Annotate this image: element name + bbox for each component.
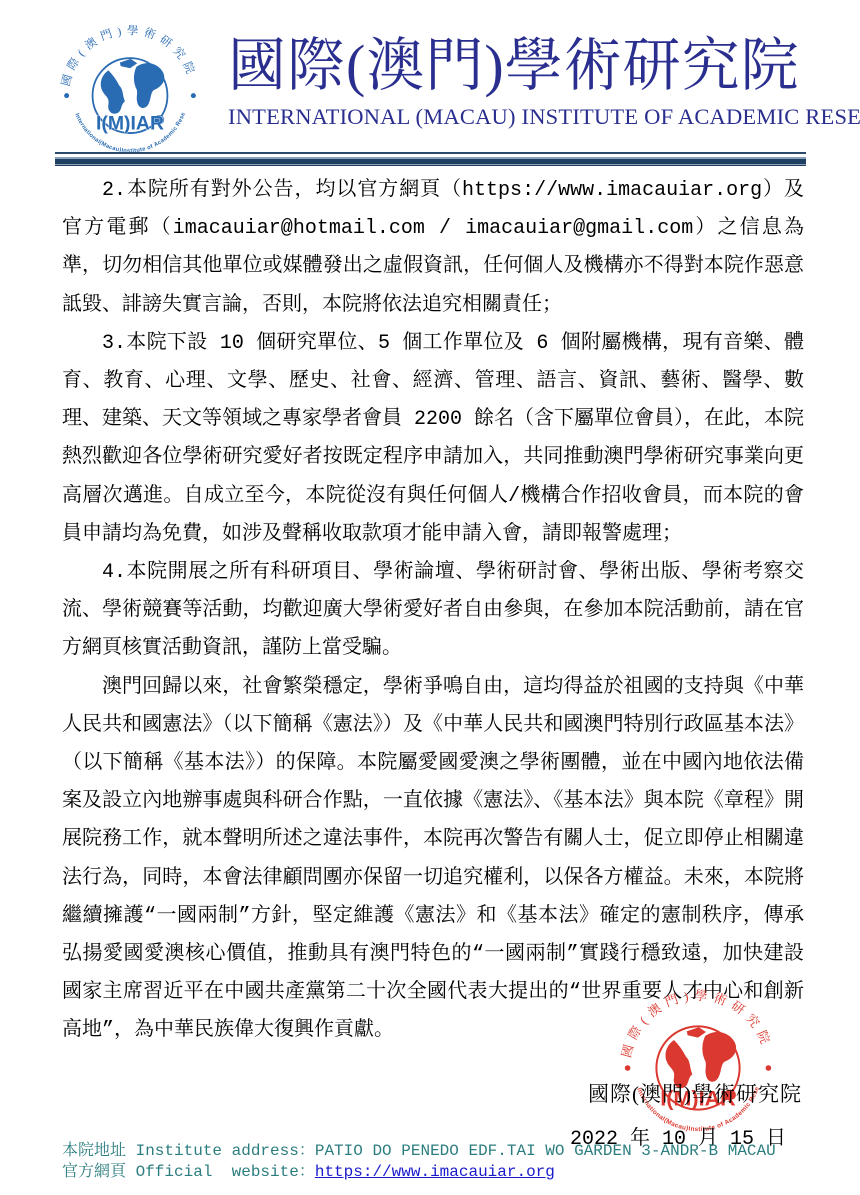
institute-title-en: INTERNATIONAL (MACAU) INSTITUTE OF ACADE… [228, 104, 808, 130]
institute-logo-icon: 國際(澳門)學術研究院 International(Macau)Institut… [58, 20, 202, 164]
footer-address-label: 本院地址 Institute address： [62, 1142, 315, 1160]
page-footer: 本院地址 Institute address：PATIO DO PENEDO E… [62, 1141, 776, 1183]
footer-website-line: 官方網頁 Official website：https://www.imacau… [62, 1162, 776, 1183]
body-paragraph-2: 2.本院所有對外公告，均以官方網頁（https://www.imacauiar.… [62, 172, 804, 325]
document-page: 國際(澳門)學術研究院 International(Macau)Institut… [0, 0, 860, 1195]
footer-address-line: 本院地址 Institute address：PATIO DO PENEDO E… [62, 1141, 776, 1162]
footer-website-label: 官方網頁 Official website： [62, 1163, 315, 1181]
footer-address-value: PATIO DO PENEDO EDF.TAI WO GARDEN 3-ANDR… [315, 1142, 776, 1160]
logo-monogram: I(M)IAR [96, 112, 164, 134]
header-divider [55, 152, 806, 166]
institute-title-zh: 國際(澳門)學術研究院 [228, 30, 808, 102]
signature-name: 國際(澳門)學術研究院 [430, 1078, 802, 1108]
institute-seal-icon: 國際(澳門)學術研究院 International(Macau)Institut… [618, 984, 778, 1144]
body-paragraph-3: 3.本院下設 10 個研究單位、5 個工作單位及 6 個附屬機構，現有音樂、體育… [62, 325, 804, 554]
body-paragraph-4: 4.本院開展之所有科研項目、學術論壇、學術研討會、學術出版、學術考察交流、學術競… [62, 554, 804, 669]
header: 國際(澳門)學術研究院 INTERNATIONAL (MACAU) INSTIT… [228, 30, 808, 130]
footer-website-link[interactable]: https://www.imacauiar.org [315, 1163, 555, 1181]
announcement-body: 2.本院所有對外公告，均以官方網頁（https://www.imacauiar.… [62, 172, 804, 1051]
